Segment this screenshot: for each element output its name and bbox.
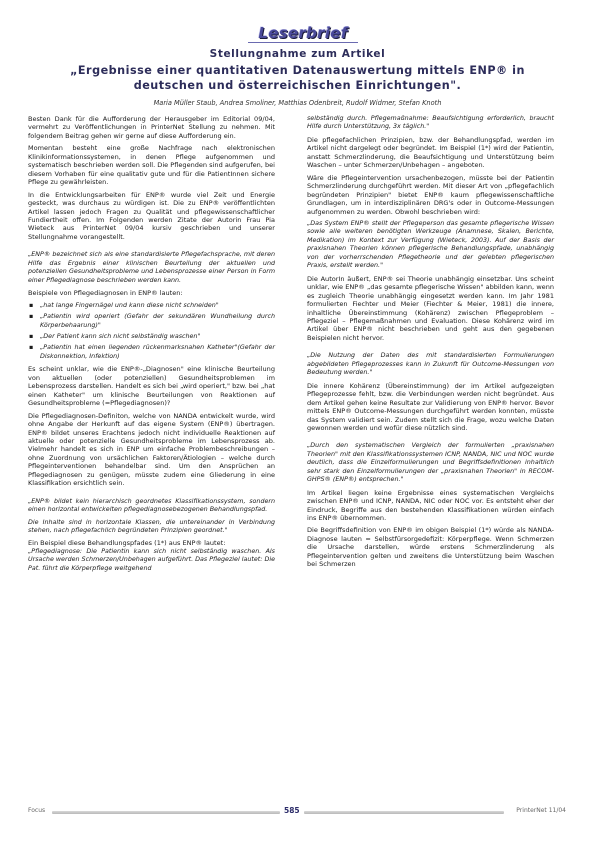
article-title-line-2: deutschen und österreichischen Einrichtu… (30, 79, 565, 94)
quote: „ENP® bezeichnet sich als eine standardi… (28, 251, 275, 285)
diagnosis-examples-list: „hat lange Fingernägel und kann diese ni… (28, 302, 275, 362)
footer-divider-left (52, 811, 280, 814)
paragraph: Die Begriffsdefinition von ENP® im obige… (307, 526, 554, 568)
paragraph: Wäre die Pflegeintervention ursachenbezo… (307, 174, 554, 216)
quote: „Durch den systematischen Vergleich der … (307, 442, 554, 484)
list-item: „hat lange Fingernägel und kann diese ni… (40, 302, 275, 310)
paragraph: Die innere Kohärenz (Übereinstimmung) de… (307, 382, 554, 433)
quote: Die Inhalte sind in horizontale Klassen,… (28, 519, 275, 536)
paragraph: Die Pflegediagnosen-Definiton, welche vo… (28, 412, 275, 488)
footer-issue: PrinterNet 11/04 (516, 807, 566, 814)
left-column: Besten Dank für die Aufforderung der Her… (28, 115, 275, 577)
article-title-block: Stellungnahme zum Artikel „Ergebnisse ei… (30, 47, 565, 93)
page-number: 585 (284, 806, 300, 815)
quote: „Das System ENP® stellt der Pflegeperson… (307, 220, 554, 271)
list-item: „Der Patient kann sich nicht selbständig… (40, 333, 275, 341)
list-item: „Patientin wird operiert (Gefahr der sek… (40, 313, 275, 330)
quote: selbständig durch. Pflegemaßnahme: Beauf… (307, 115, 554, 132)
paragraph: Im Artikel liegen keine Ergebnisse eines… (307, 489, 554, 523)
article-authors: Maria Müller Staub, Andrea Smoliner, Mat… (30, 98, 565, 108)
paragraph: Beispiele von Pflegediagnosen in ENP® la… (28, 289, 275, 297)
quote: „ENP® bildet kein hierarchisch geordnete… (28, 498, 275, 515)
article-subtitle: Stellungnahme zum Artikel (30, 47, 565, 61)
right-column: selbständig durch. Pflegemaßnahme: Beauf… (307, 115, 554, 573)
paragraph: Die pflegefachlichen Prinzipien, bzw. de… (307, 136, 554, 170)
paragraph: Es scheint unklar, wie die ENP®-„Diagnos… (28, 365, 275, 407)
quote: „Die Nutzung der Daten des mit standardi… (307, 352, 554, 377)
article-title-line-1: „Ergebnisse einer quantitativen Datenaus… (30, 64, 565, 79)
leserbrief-logo: Leserbrief (248, 24, 358, 43)
footer-divider-right (304, 811, 504, 814)
list-item: „Patientin hat einen liegenden rückenmar… (40, 344, 275, 361)
paragraph: In die Entwicklungsarbeiten für ENP® wur… (28, 191, 275, 242)
page-footer: Focus 585 PrinterNet 11/04 (28, 807, 566, 819)
paragraph: Die AutorIn äußert, ENP® sei Theorie una… (307, 275, 554, 343)
paragraph: Besten Dank für die Aufforderung der Her… (28, 115, 275, 140)
quote: „Pflegediagnose: Die Patientin kann sich… (28, 548, 275, 573)
footer-section-label: Focus (28, 807, 45, 814)
paragraph: Ein Beispiel diese Behandlungspfades (1*… (28, 539, 275, 547)
paragraph: Momentan besteht eine große Nachfrage na… (28, 144, 275, 186)
